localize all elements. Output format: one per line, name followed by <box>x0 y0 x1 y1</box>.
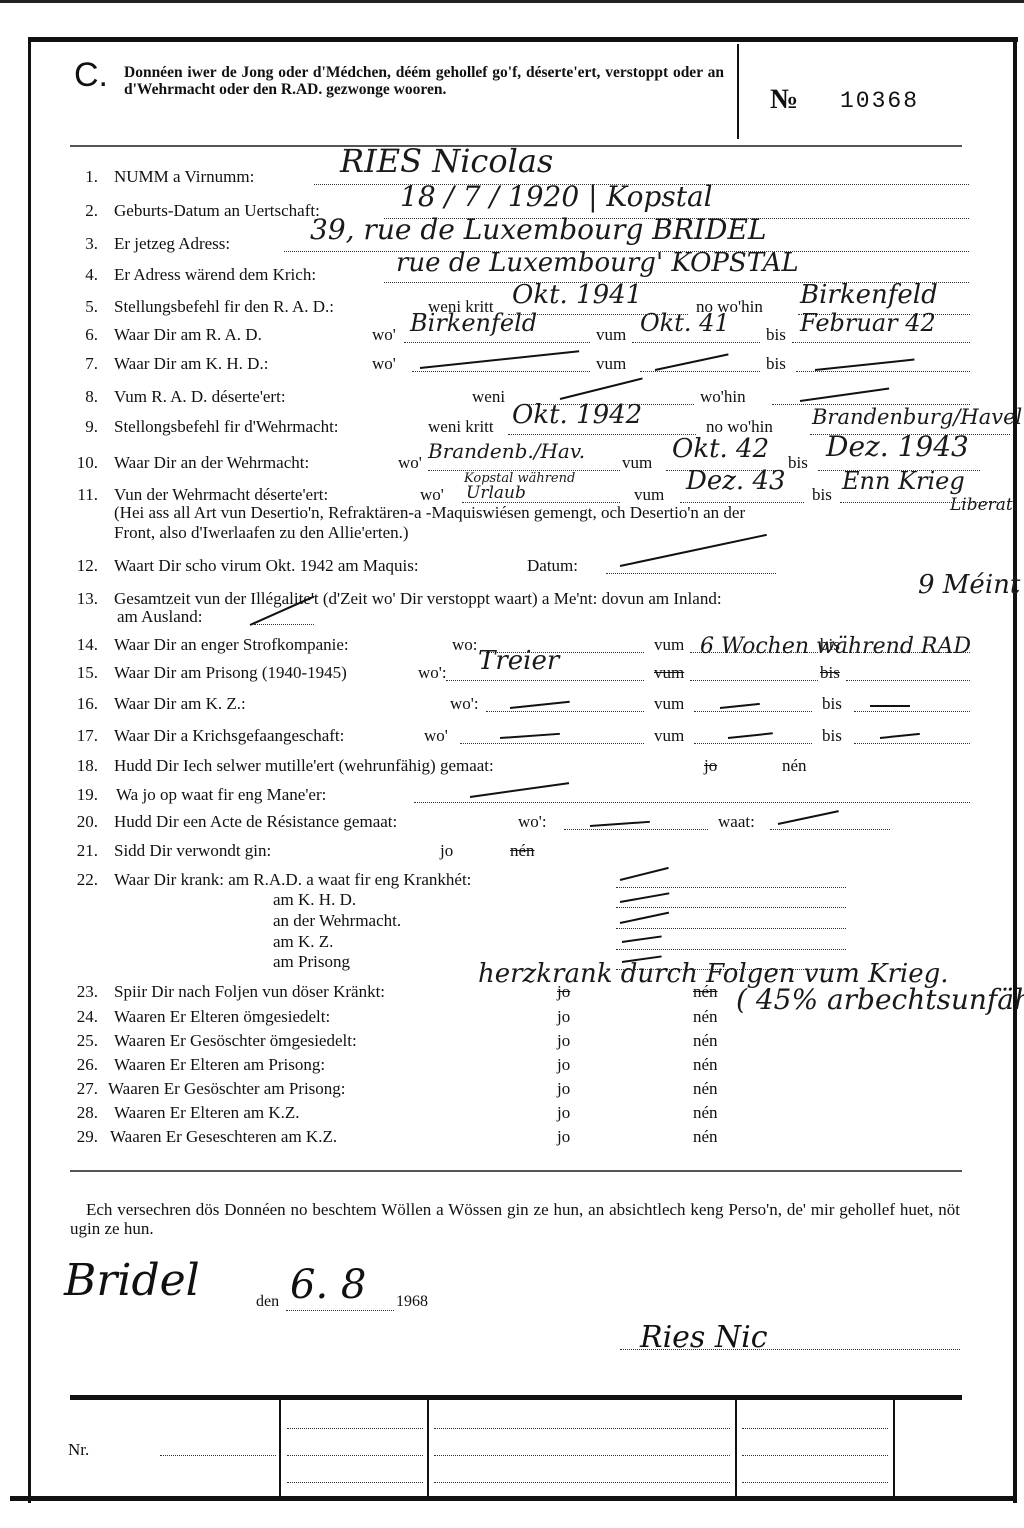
fill-line <box>796 371 970 372</box>
field-number: 19. <box>68 786 98 804</box>
strike-dash <box>420 350 579 369</box>
strike-dash <box>815 359 915 371</box>
form-page: C. Donnéen iwer de Jong oder d'Médchen, … <box>0 0 1024 1528</box>
declaration-text: Ech versechren dös Donnéen no beschtem W… <box>70 1200 960 1238</box>
strike-dash <box>778 810 839 825</box>
option-yes[interactable]: jo <box>557 1032 570 1050</box>
strike-dash <box>590 821 650 827</box>
strike-dash <box>622 935 662 943</box>
field-number: 21. <box>68 842 98 860</box>
footer-fill-line[interactable] <box>742 1482 888 1483</box>
fill-line <box>254 624 314 625</box>
field-number: 10. <box>68 454 98 472</box>
option-no[interactable]: nén <box>693 1128 718 1146</box>
sub-label: wo': <box>518 813 547 831</box>
option-no[interactable]: nén <box>693 1032 718 1050</box>
strike-dash <box>620 534 767 567</box>
fill-line <box>854 711 970 712</box>
fill-line <box>508 434 696 435</box>
sub-label: vum <box>634 486 664 504</box>
header-divider <box>737 44 739 139</box>
option-yes-struck[interactable]: jo <box>704 757 717 775</box>
footer-fill-line[interactable] <box>434 1455 730 1456</box>
footer-col-divider <box>893 1400 895 1500</box>
fill-line <box>606 573 776 574</box>
field-label: Vum R. A. D. déserte'ert: <box>114 388 286 406</box>
footer-fill-line[interactable] <box>287 1455 423 1456</box>
field-number: 25. <box>68 1032 98 1050</box>
option-no[interactable]: nén <box>782 757 807 775</box>
sub-label: wo' <box>424 727 448 745</box>
sub-label: weni kritt <box>428 418 494 436</box>
footer-col-divider <box>279 1400 281 1500</box>
field-number: 26. <box>68 1056 98 1074</box>
rad-from[interactable]: Okt. 41 <box>640 314 730 332</box>
field-number: 29. <box>68 1128 98 1146</box>
sub-label: vum <box>596 326 626 344</box>
wehrmacht-place[interactable]: Brandenb./Hav. <box>428 442 585 460</box>
field-label: Hudd Dir Iech selwer mutille'ert (wehrun… <box>114 757 494 775</box>
field-label: Hudd Dir een Acte de Résistance gemaat: <box>114 813 397 831</box>
number-symbol: № <box>770 84 798 116</box>
wartime-address-value[interactable]: rue de Luxembourg' KOPSTAL <box>396 254 799 272</box>
note-text: (Hei ass all Art vun Desertio'n, Refrakt… <box>114 504 745 522</box>
sub-label: bis <box>822 695 842 713</box>
signature-year: 1968 <box>396 1293 428 1311</box>
lasting-effects-value[interactable]: herzkrank durch Folgen vum Krieg. <box>478 965 949 983</box>
desertion-to[interactable]: Enn Krieg <box>842 472 965 490</box>
sub-label: waat: <box>718 813 755 831</box>
field-number: 3. <box>68 235 98 253</box>
field-number: 7. <box>68 355 98 373</box>
sub-label: bis <box>812 486 832 504</box>
footer-col-divider <box>427 1400 429 1500</box>
field-number: 23. <box>68 983 98 1001</box>
form-border-right <box>1013 37 1017 1503</box>
sub-label: bis <box>822 727 842 745</box>
strike-dash <box>510 701 570 709</box>
field-label: Er Adress wärend dem Krich: <box>114 266 316 284</box>
fill-line <box>792 342 970 343</box>
footer-fill-line[interactable] <box>287 1482 423 1483</box>
sub-label: vum <box>654 695 684 713</box>
sub-label: vum <box>654 636 684 654</box>
wehrmacht-order-date[interactable]: Okt. 1942 <box>512 406 642 424</box>
sub-label: an der Wehrmacht. <box>273 912 401 930</box>
option-yes[interactable]: jo <box>440 842 453 860</box>
field-label: Waar Dir am R. A. D. <box>114 326 262 344</box>
fill-line <box>690 680 818 681</box>
page-top-edge <box>0 0 1024 3</box>
field-number: 15. <box>68 664 98 682</box>
field-label: Waart Dir scho virum Okt. 1942 am Maquis… <box>114 557 419 575</box>
fill-line <box>564 829 708 830</box>
field-number: 5. <box>68 298 98 316</box>
footer-fill-line[interactable] <box>742 1428 888 1429</box>
field-label: Er jetzeg Adress: <box>114 235 230 253</box>
sub-label: Datum: <box>527 557 578 575</box>
fill-line <box>846 680 970 681</box>
fill-line <box>460 743 644 744</box>
footer-fill-line[interactable] <box>742 1455 888 1456</box>
fill-line <box>616 928 846 929</box>
rad-destination[interactable]: Birkenfeld <box>800 286 938 304</box>
fill-line <box>616 949 846 950</box>
field-label: Waar Dir krank: am R.A.D. a waat fir eng… <box>114 871 471 889</box>
sub-label: vum <box>622 454 652 472</box>
strike-dash <box>620 867 669 881</box>
sub-label: weni <box>472 388 505 406</box>
field-number: 9. <box>68 418 98 436</box>
signature-name[interactable]: Ries Nic <box>640 1320 768 1355</box>
strike-dash <box>620 892 670 903</box>
fill-line <box>694 711 812 712</box>
field-number: 11. <box>68 486 98 504</box>
prison-duration-note[interactable]: 6 Wochen während RAD <box>700 638 971 656</box>
field-number: 20. <box>68 813 98 831</box>
option-yes[interactable]: jo <box>557 1056 570 1074</box>
nr-label: Nr. <box>68 1440 89 1460</box>
sub-label: am Prisong <box>273 953 350 971</box>
strike-dash <box>655 353 729 371</box>
sub-label-struck: vum <box>654 664 684 682</box>
field-label: Waaren Er Gesöschter ömgesiedelt: <box>114 1032 357 1050</box>
fill-line <box>854 743 970 744</box>
sub-label: wo' <box>398 454 422 472</box>
footer-fill-line[interactable] <box>434 1482 730 1483</box>
fill-line <box>640 371 760 372</box>
option-no[interactable]: nén <box>693 1104 718 1122</box>
form-border-left <box>28 37 31 1503</box>
field-label: am Ausland: <box>117 608 202 626</box>
field-number: 1. <box>68 168 98 186</box>
birth-date-place-value[interactable]: 18 / 7 / 1920 | Kopstal <box>400 188 713 206</box>
strike-dash <box>560 377 643 400</box>
desertion-from[interactable]: Dez. 43 <box>686 472 786 490</box>
field-label: Waaren Er Elteren am K.Z. <box>114 1104 300 1122</box>
fill-line <box>412 371 590 372</box>
sub-label: wo'hin <box>700 388 746 406</box>
strike-dash <box>620 912 669 924</box>
sub-label: vum <box>654 727 684 745</box>
rad-to[interactable]: Februar 42 <box>800 314 936 332</box>
form-border-bottom <box>10 1496 1017 1501</box>
field-number: 27. <box>68 1080 98 1098</box>
sub-label: bis <box>766 326 786 344</box>
field-number: 14. <box>68 636 98 654</box>
fill-line <box>616 907 846 908</box>
sub-label: wo' <box>420 486 444 504</box>
fill-line <box>486 711 644 712</box>
field-number: 24. <box>68 1008 98 1026</box>
option-no[interactable]: nén <box>693 1008 718 1026</box>
strike-dash <box>720 703 760 709</box>
field-number: 6. <box>68 326 98 344</box>
fill-line <box>404 342 590 343</box>
signature-date[interactable]: 6. 8 <box>290 1262 366 1308</box>
field-number: 28. <box>68 1104 98 1122</box>
illegality-inland-value[interactable]: 9 Méint <box>918 576 1020 594</box>
strike-dash <box>800 387 889 402</box>
fill-line <box>446 680 644 681</box>
option-yes[interactable]: jo <box>557 1008 570 1026</box>
field-label: Waaren Er Geseschteren am K.Z. <box>110 1128 337 1146</box>
option-yes[interactable]: jo <box>557 1080 570 1098</box>
field-label: Gesamtzeit vun der Illégalite't (d'Zeit … <box>114 590 722 608</box>
field-label: Stellungsbefehl fir den R. A. D.: <box>114 298 334 316</box>
field-label: Waaren Er Elteren am Prisong: <box>114 1056 325 1074</box>
field-number: 12. <box>68 557 98 575</box>
desertion-note-value[interactable]: Liberat. <box>950 496 1018 514</box>
field-label: Waar Dir am Prisong (1940-1945) <box>114 664 347 682</box>
field-label: Vun der Wehrmacht déserte'ert: <box>114 486 328 504</box>
footer-table-top <box>70 1395 962 1400</box>
date-label: den <box>256 1293 279 1311</box>
lasting-effects-value-2[interactable]: ( 45% arbechtsunfähig ) <box>736 991 1024 1009</box>
strike-dash <box>470 782 569 798</box>
sub-label: am K. H. D. <box>273 891 356 909</box>
fill-line <box>694 743 812 744</box>
option-no[interactable]: nén <box>693 1056 718 1074</box>
wehrmacht-destination[interactable]: Brandenburg/Havel <box>812 408 1022 426</box>
field-label: Waar Dir am K. H. D.: <box>114 355 268 373</box>
section-divider <box>70 1170 962 1172</box>
form-number: 10368 <box>840 88 919 114</box>
field-number: 17. <box>68 727 98 745</box>
option-yes[interactable]: jo <box>557 1128 570 1146</box>
form-border-top <box>28 37 1018 42</box>
footer-fill-line[interactable] <box>287 1428 423 1429</box>
sub-label: wo' <box>372 326 396 344</box>
sub-label: am K. Z. <box>273 933 333 951</box>
note-text: Front, also d'Iwerlaafen zu den Allie'er… <box>114 524 409 542</box>
field-label: NUMM a Virnumm: <box>114 168 254 186</box>
option-no-struck[interactable]: nén <box>510 842 535 860</box>
strike-dash <box>500 733 560 739</box>
section-title: Donnéen iwer de Jong oder d'Médchen, déé… <box>124 64 724 98</box>
field-number: 16. <box>68 695 98 713</box>
sub-label: vum <box>596 355 626 373</box>
sub-label: wo': <box>450 695 479 713</box>
sub-label: wo: <box>452 636 478 654</box>
strike-dash <box>728 732 773 739</box>
wehrmacht-from[interactable]: Okt. 42 <box>672 440 769 458</box>
sub-label: wo' <box>372 355 396 373</box>
field-number: 8. <box>68 388 98 406</box>
field-label: Waar Dir a Krichsgefaangeschaft: <box>114 727 344 745</box>
field-label: Waaren Er Gesöschter am Prisong: <box>108 1080 346 1098</box>
rad-order-date[interactable]: Okt. 1941 <box>512 286 642 304</box>
desertion-place[interactable]: Urlaub <box>466 484 526 502</box>
fill-line <box>414 802 970 803</box>
signature-place[interactable]: Bridel <box>64 1255 200 1306</box>
prison-place[interactable]: Treier <box>478 652 559 670</box>
sub-label: bis <box>788 454 808 472</box>
field-label: Waar Dir an der Wehrmacht: <box>114 454 309 472</box>
option-no[interactable]: nén <box>693 1080 718 1098</box>
field-label: Spiir Dir nach Foljen vun döser Kränkt: <box>114 983 385 1001</box>
field-label: Stellongsbefehl fir d'Wehrmacht: <box>114 418 339 436</box>
name-value[interactable]: RIES Nicolas <box>340 152 553 170</box>
wehrmacht-to[interactable]: Dez. 1943 <box>826 438 969 456</box>
field-label: Sidd Dir verwondt gin: <box>114 842 271 860</box>
sub-label-struck: bis <box>820 664 840 682</box>
fill-line <box>616 887 846 888</box>
strike-dash <box>870 705 910 707</box>
fill-line <box>770 829 890 830</box>
field-number: 18. <box>68 757 98 775</box>
current-address-value[interactable]: 39, rue de Luxembourg BRIDEL <box>310 221 766 239</box>
field-label: Waar Dir an enger Strofkompanie: <box>114 636 349 654</box>
footer-col-divider <box>735 1400 737 1500</box>
option-yes[interactable]: jo <box>557 1104 570 1122</box>
field-number: 22. <box>68 871 98 889</box>
fill-line <box>632 342 760 343</box>
field-label: Waar Dir am K. Z.: <box>114 695 246 713</box>
date-fill-line <box>286 1310 394 1311</box>
sub-label: wo': <box>418 664 447 682</box>
section-letter: C. <box>74 58 108 92</box>
field-label: Wa jo op waat fir eng Mane'er: <box>116 786 326 804</box>
field-label: Geburts-Datum an Uertschaft: <box>114 202 320 220</box>
strike-dash <box>880 733 920 739</box>
field-number: 4. <box>68 266 98 284</box>
field-number: 13. <box>68 590 98 608</box>
nr-fill-line[interactable] <box>160 1455 276 1456</box>
sub-label: bis <box>766 355 786 373</box>
field-number: 2. <box>68 202 98 220</box>
footer-fill-line[interactable] <box>434 1428 730 1429</box>
field-label: Waaren Er Elteren ömgesiedelt: <box>114 1008 330 1026</box>
rad-place[interactable]: Birkenfeld <box>410 314 537 332</box>
